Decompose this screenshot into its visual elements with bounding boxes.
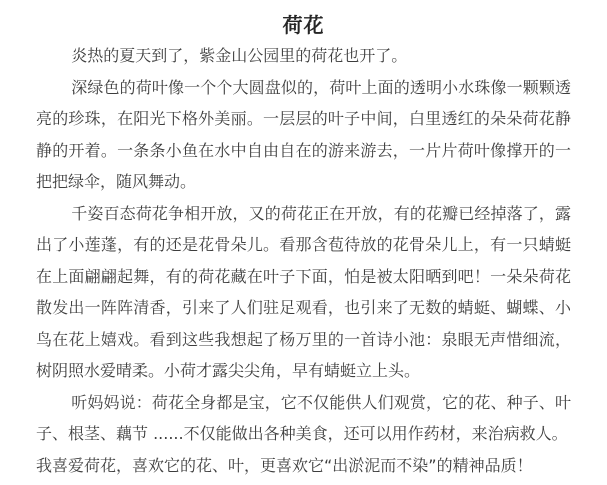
document-page: 荷花 炎热的夏天到了，紫金山公园里的荷花也开了。深绿色的荷叶像一个个大圆盘似的，… bbox=[0, 0, 607, 485]
document-body: 炎热的夏天到了，紫金山公园里的荷花也开了。深绿色的荷叶像一个个大圆盘似的，荷叶上… bbox=[36, 40, 571, 481]
paragraph: 我喜爱荷花，喜欢它的花、叶，更喜欢它“出淤泥而不染”的精神品质！ bbox=[36, 450, 571, 482]
page-title: 荷花 bbox=[36, 10, 571, 40]
paragraph: 听妈妈说：荷花全身都是宝，它不仅能供人们观赏，它的花、种子、叶子、根茎、藕节 .… bbox=[36, 387, 571, 450]
paragraph: 深绿色的荷叶像一个个大圆盘似的，荷叶上面的透明小水珠像一颗颗透亮的珍珠，在阳光下… bbox=[36, 72, 571, 198]
paragraph: 千姿百态荷花争相开放，又的荷花正在开放，有的花瓣已经掉落了，露出了小莲蓬，有的还… bbox=[36, 198, 571, 387]
paragraph: 炎热的夏天到了，紫金山公园里的荷花也开了。 bbox=[36, 40, 571, 72]
